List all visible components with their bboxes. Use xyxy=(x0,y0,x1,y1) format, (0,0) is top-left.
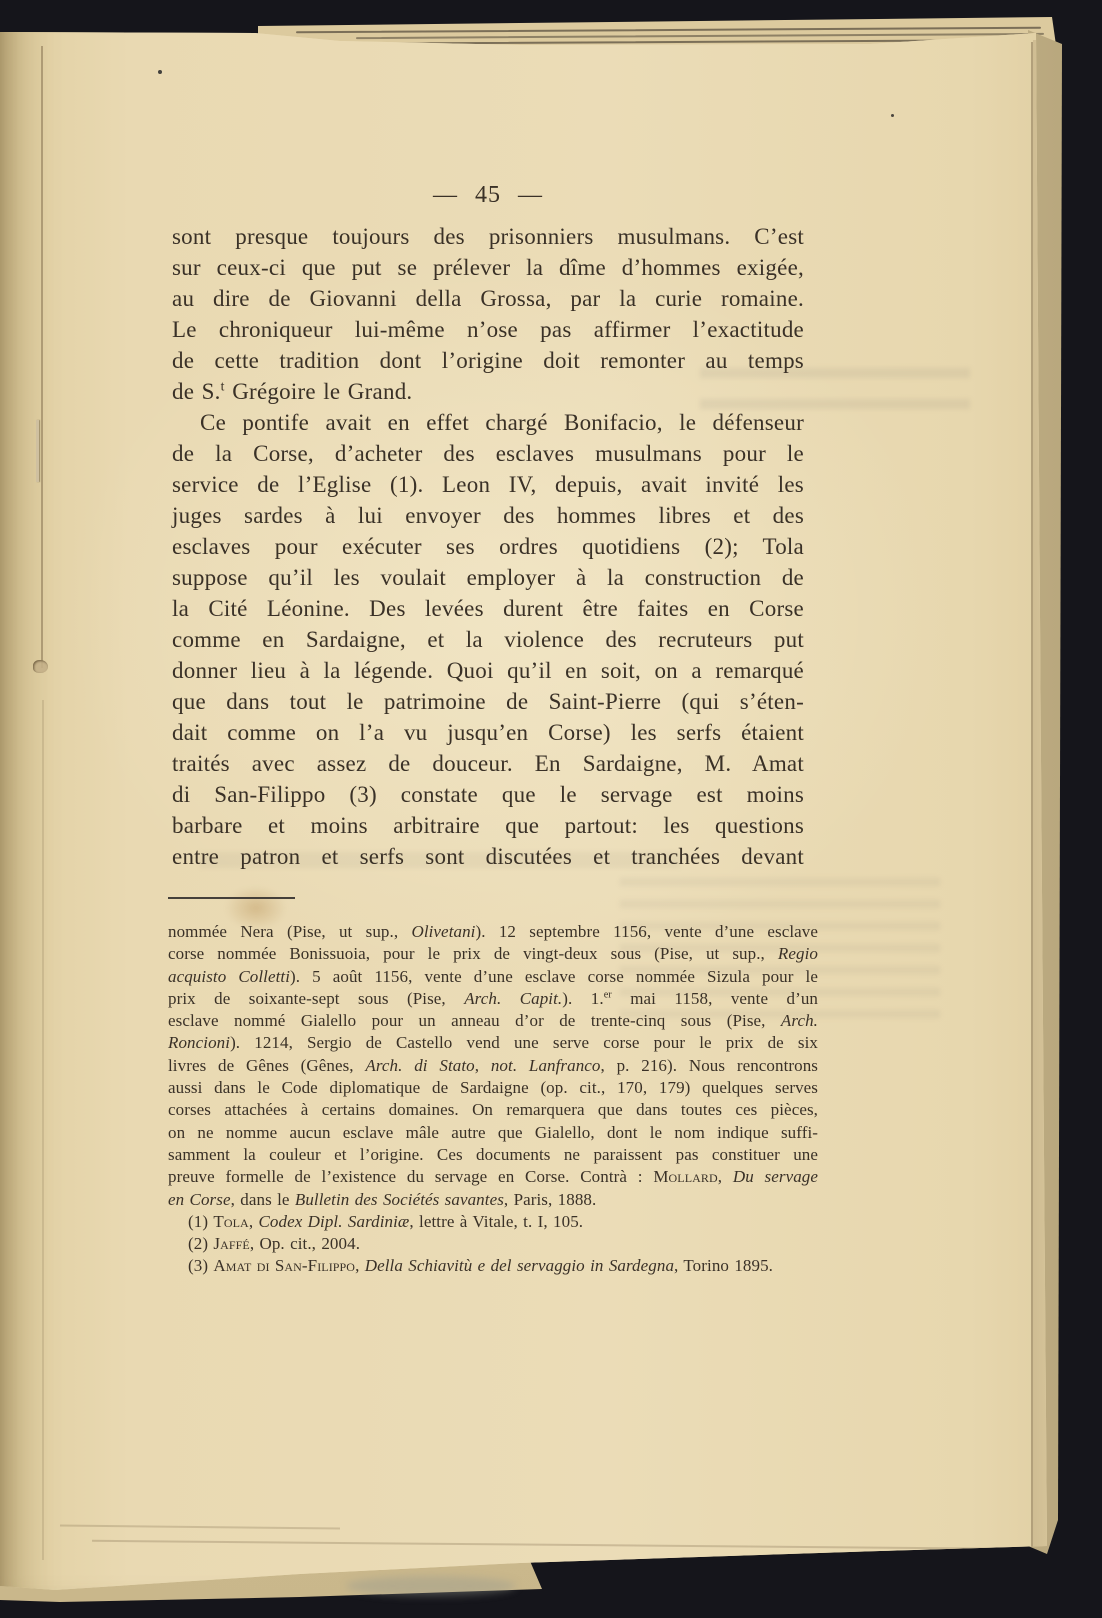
paper-speck xyxy=(891,114,894,117)
text-line: (3) Amat di San-Filippo, Della Schiavitù… xyxy=(168,1255,818,1277)
text-line: barbare et moins arbitraire que partout:… xyxy=(172,810,804,841)
text-line: prix de soixante-sept sous (Pise, Arch. … xyxy=(168,988,818,1010)
text-line: de cette tradition dont l’origine doit r… xyxy=(172,345,804,376)
bottom-crease xyxy=(60,1525,340,1530)
footnote-separator-rule xyxy=(168,897,295,899)
text-line: preuve formelle de l’existence du servag… xyxy=(168,1166,818,1188)
right-edge-crease xyxy=(1031,42,1033,1548)
text-line: samment la couleur et l’origine. Ces doc… xyxy=(168,1144,818,1166)
text-line: donner lieu à la légende. Quoi qu’il en … xyxy=(172,655,804,686)
text-line: entre patron et serfs sont discutées et … xyxy=(172,841,804,872)
binding-crease-lower xyxy=(42,700,44,1560)
text-line: Ce pontife avait en effet chargé Bonifac… xyxy=(172,407,804,438)
text-line: di San-Filippo (3) constate que le serva… xyxy=(172,779,804,810)
book-photo: — 45 — sont presque toujours des prisonn… xyxy=(0,0,1102,1618)
text-line: (2) Jaffé, Op. cit., 2004. xyxy=(168,1233,818,1255)
binding-knot xyxy=(33,660,48,673)
text-line: aussi dans le Code diplomatique de Sarda… xyxy=(168,1077,818,1099)
text-line: Le chroniqueur lui-même n’ose pas affirm… xyxy=(172,314,804,345)
text-line: de S.t Grégoire le Grand. xyxy=(172,376,804,407)
text-line: service de l’Eglise (1). Leon IV, depuis… xyxy=(172,469,804,500)
text-line: au dire de Giovanni della Grossa, par la… xyxy=(172,283,804,314)
body-text: sont presque toujours des prisonniers mu… xyxy=(172,221,804,872)
text-line: acquisto Colletti). 5 août 1156, vente d… xyxy=(168,966,818,988)
text-line: la Cité Léonine. Des levées durent être … xyxy=(172,593,804,624)
text-line: de la Corse, d’acheter des esclaves musu… xyxy=(172,438,804,469)
text-line: livres de Gênes (Gênes, Arch. di Stato, … xyxy=(168,1055,818,1077)
text-line: esclave nommé Gialello pour un anneau d’… xyxy=(168,1010,818,1032)
text-line: corse nommée Bonissuoia, pour le prix de… xyxy=(168,943,818,965)
text-line: sont presque toujours des prisonniers mu… xyxy=(172,221,804,252)
bottom-edge-smudge xyxy=(346,1576,516,1596)
page-number: — 45 — xyxy=(172,182,804,209)
text-line: esclaves pour exécuter ses ordres quotid… xyxy=(172,531,804,562)
book-page: — 45 — sont presque toujours des prisonn… xyxy=(0,0,1102,1618)
binding-stitch xyxy=(36,420,39,482)
text-line: comme en Sardaigne, et la violence des r… xyxy=(172,624,804,655)
text-line: dait comme on l’a vu jusqu’en Corse) les… xyxy=(172,717,804,748)
footnote-text: nommée Nera (Pise, ut sup., Olivetani). … xyxy=(168,921,818,1278)
binding-crease xyxy=(41,46,43,668)
text-line: sur ceux-ci que put se prélever la dîme … xyxy=(172,252,804,283)
text-line: Roncioni). 1214, Sergio de Castello vend… xyxy=(168,1032,818,1054)
text-line: juges sardes à lui envoyer des hommes li… xyxy=(172,500,804,531)
text-line: traités avec assez de douceur. En Sardai… xyxy=(172,748,804,779)
text-line: suppose qu’il les voulait employer à la … xyxy=(172,562,804,593)
bottom-page-edge-line xyxy=(92,1540,1032,1550)
paper-speck xyxy=(158,70,162,74)
text-line: corses attachées à certains domaines. On… xyxy=(168,1099,818,1121)
text-line: en Corse, dans le Bulletin des Sociétés … xyxy=(168,1189,818,1211)
text-line: nommée Nera (Pise, ut sup., Olivetani). … xyxy=(168,921,818,943)
text-line: que dans tout le patrimoine de Saint-Pie… xyxy=(172,686,804,717)
text-line: (1) Tola, Codex Dipl. Sardiniæ, lettre à… xyxy=(168,1211,818,1233)
text-line: on ne nomme aucun esclave mâle autre que… xyxy=(168,1122,818,1144)
